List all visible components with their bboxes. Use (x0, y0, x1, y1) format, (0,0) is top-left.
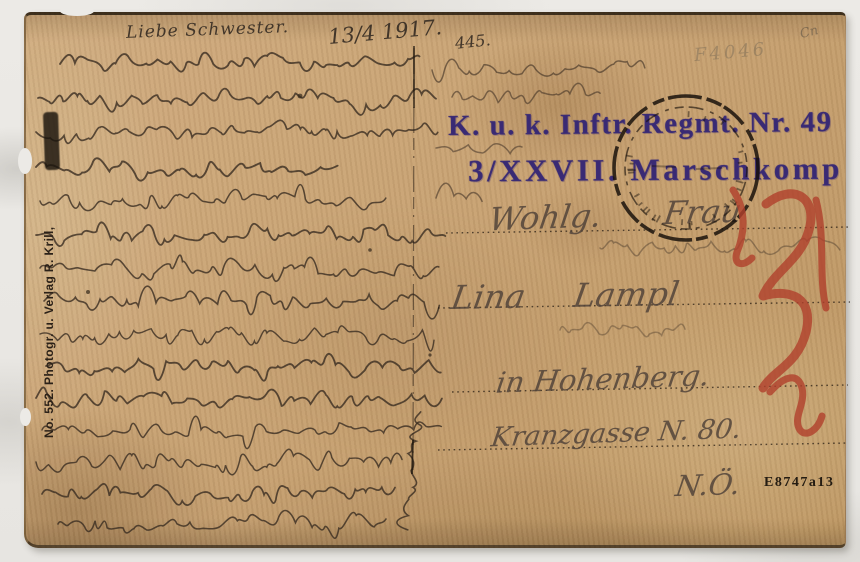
postmark-and-censor-svg (0, 0, 860, 562)
scanned-postcard-page: { "document_type": "WWI field postcard, … (0, 0, 860, 562)
